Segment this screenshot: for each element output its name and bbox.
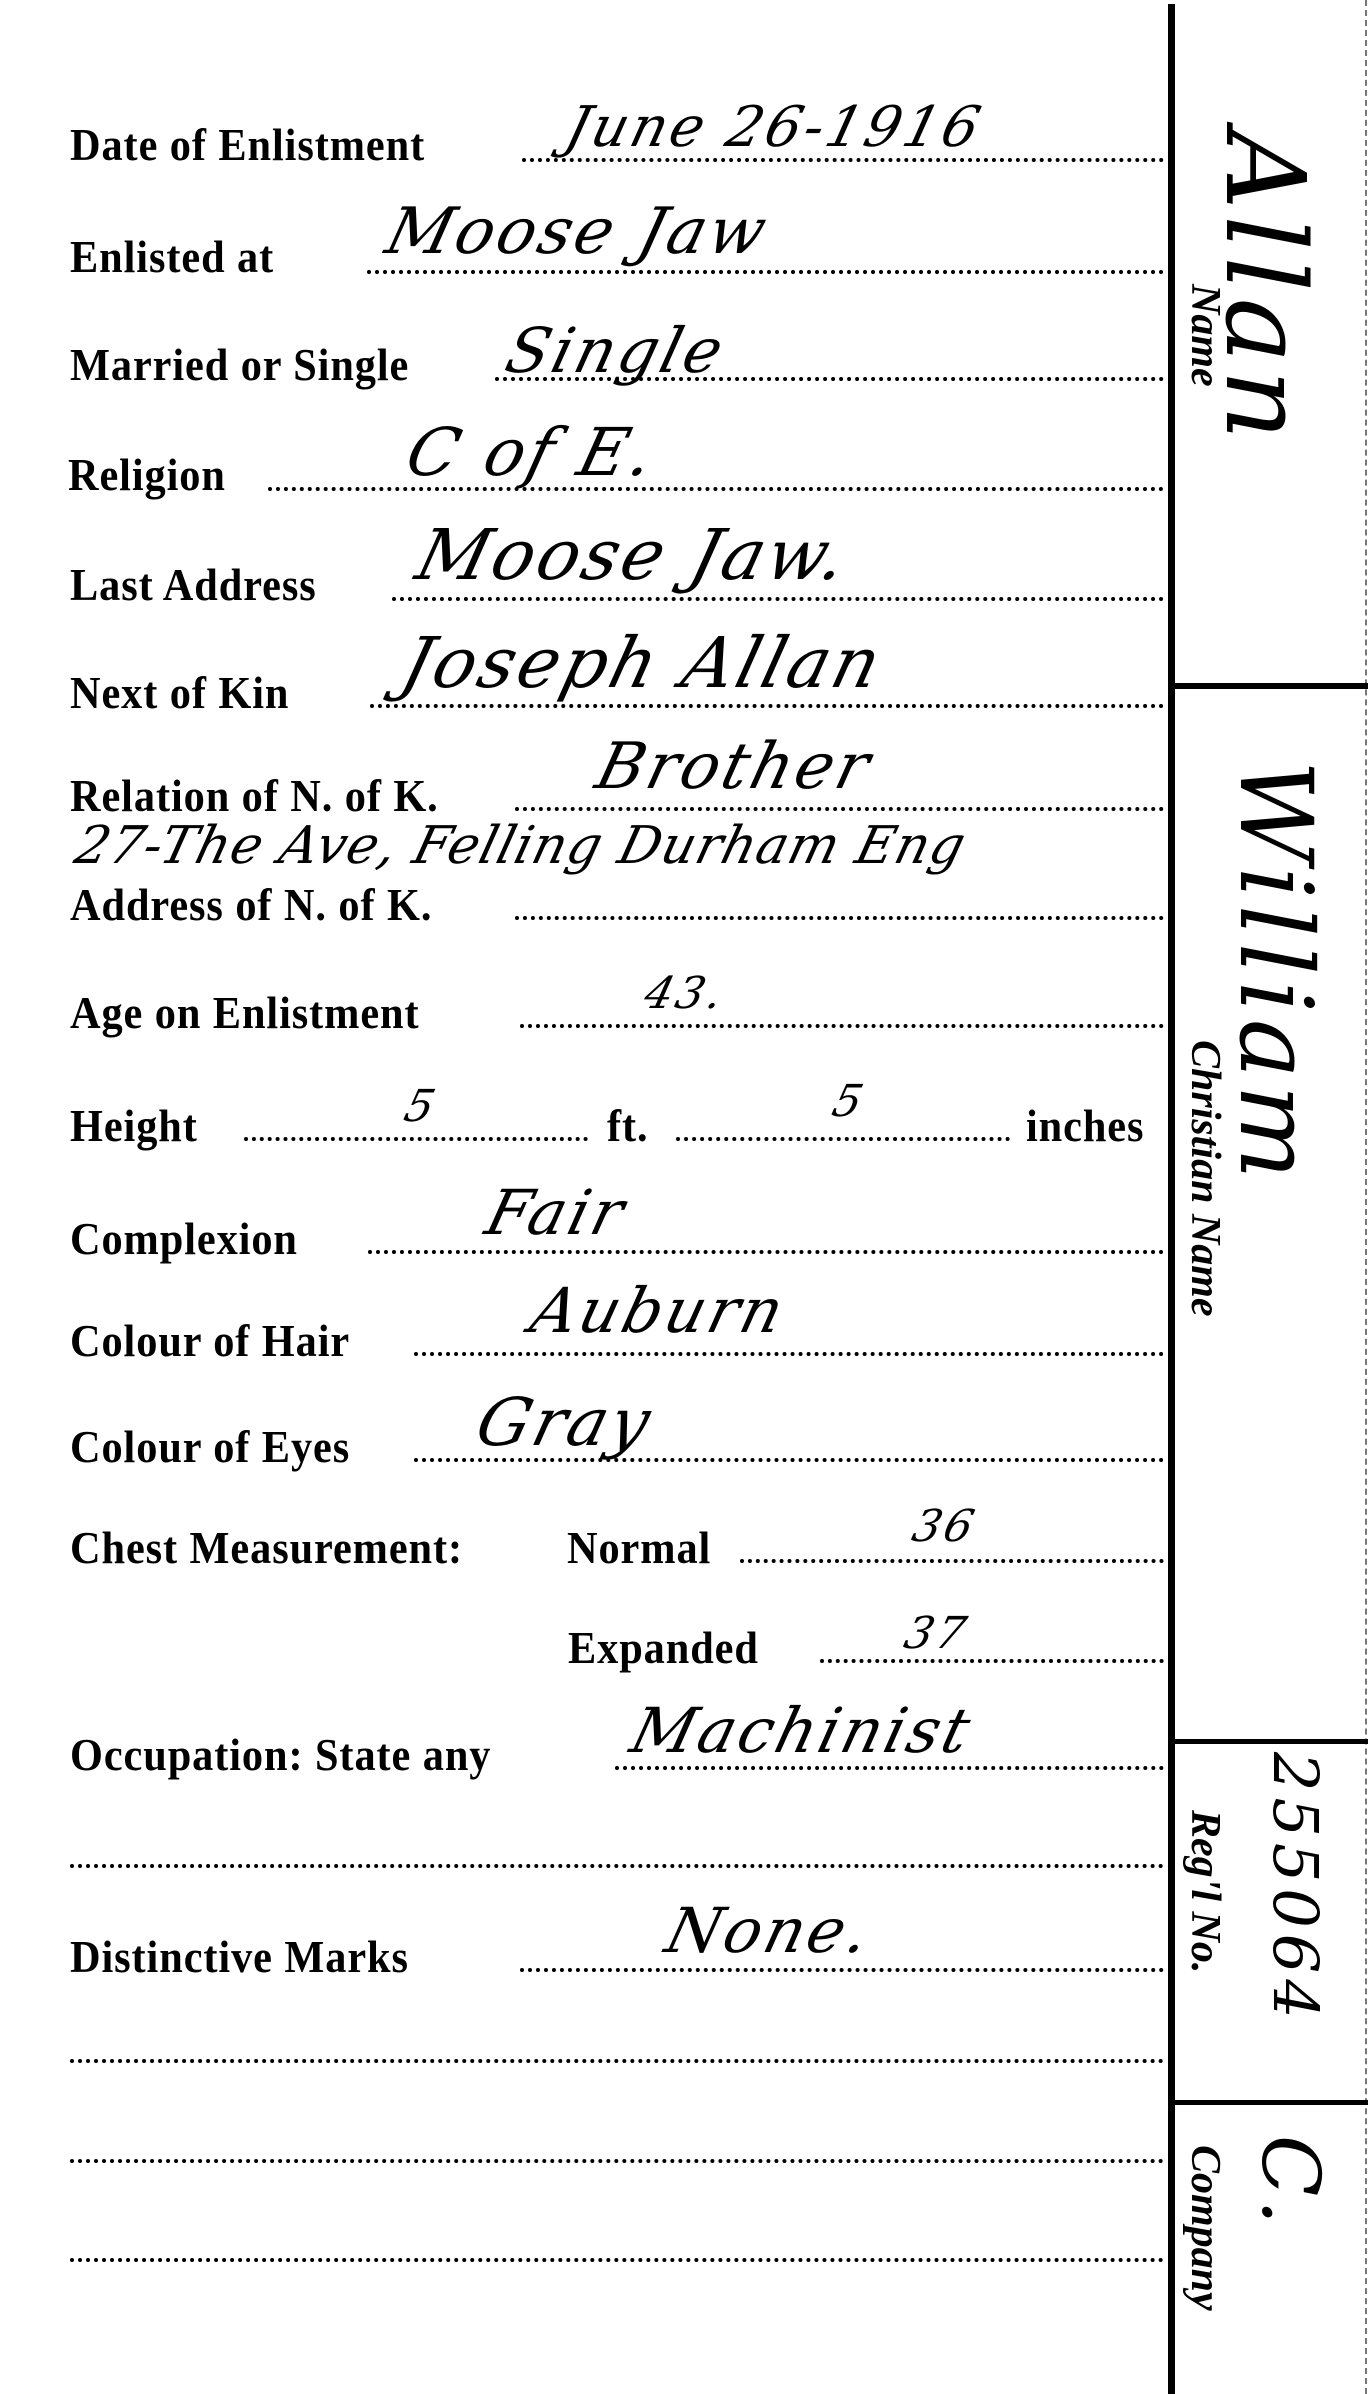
sidebar-regl-no-label: Reg'l No. — [1184, 1810, 1226, 1973]
complexion-value: Fair — [480, 1182, 633, 1244]
age-on-enlistment-line — [520, 1024, 1164, 1028]
relation-of-nok-label: Relation of N. of K. — [70, 773, 439, 819]
age-on-enlistment-label: Age on Enlistment — [70, 990, 420, 1036]
sidebar-divider-name — [1172, 683, 1368, 689]
distinctive-marks-label: Distinctive Marks — [70, 1934, 409, 1980]
sidebar-name-value: Allan — [1210, 130, 1320, 446]
sidebar-company-label: Company — [1184, 2145, 1226, 2311]
height-feet-line — [244, 1137, 588, 1141]
chest-normal-line — [740, 1559, 1164, 1563]
next-of-kin-label: Next of Kin — [70, 670, 289, 716]
occupation-value: Machinist — [625, 1700, 979, 1762]
occupation-line-2 — [70, 1864, 1164, 1868]
complexion-line — [368, 1250, 1164, 1254]
chest-measurement-label: Chest Measurement: — [70, 1525, 463, 1571]
relation-of-nok-line — [515, 807, 1164, 811]
height-inches-line — [676, 1137, 1010, 1141]
last-address-value: Moose Jaw. — [410, 520, 857, 590]
address-of-nok-line — [515, 916, 1164, 920]
relation-of-nok-value: Brother — [590, 735, 879, 799]
chest-expanded-value: 37 — [900, 1612, 973, 1656]
chest-expanded-label: Expanded — [568, 1625, 759, 1671]
attestation-card: Date of Enlistment June 26-1916 Enlisted… — [0, 0, 1368, 2394]
colour-of-hair-label: Colour of Hair — [70, 1318, 350, 1364]
sidebar-company-value: C. — [1250, 2135, 1330, 2231]
card-right-edge — [1365, 0, 1367, 2394]
distinctive-marks-line-4 — [70, 2258, 1164, 2262]
last-address-line — [392, 597, 1164, 601]
occupation-label: Occupation: State any — [70, 1732, 491, 1778]
sidebar-divider-christian-name — [1172, 1739, 1368, 1744]
height-feet-value: 5 — [400, 1085, 442, 1129]
enlisted-at-line — [367, 270, 1164, 274]
sidebar-regl-no-value: 255064 — [1264, 1752, 1326, 2025]
next-of-kin-value: Joseph Allan — [395, 628, 890, 698]
colour-of-hair-line — [414, 1352, 1164, 1356]
enlisted-at-value: Moose Jaw — [380, 200, 775, 264]
colour-of-hair-value: Auburn — [525, 1280, 792, 1342]
enlisted-at-label: Enlisted at — [70, 234, 274, 280]
address-of-nok-label: Address of N. of K. — [70, 882, 432, 928]
height-inches-unit: inches — [1026, 1103, 1144, 1149]
sidebar-divider-regl-no — [1172, 2100, 1368, 2105]
next-of-kin-line — [370, 704, 1164, 708]
sidebar-christian-name-value: William — [1225, 760, 1325, 1185]
height-inches-value: 5 — [828, 1080, 870, 1124]
date-of-enlistment-label: Date of Enlistment — [70, 122, 425, 168]
height-label: Height — [70, 1103, 198, 1149]
height-feet-unit: ft. — [607, 1103, 649, 1149]
sidebar-divider-vertical — [1168, 4, 1175, 2394]
colour-of-eyes-value: Gray — [470, 1390, 659, 1456]
colour-of-eyes-label: Colour of Eyes — [70, 1424, 350, 1470]
religion-value: C of E. — [400, 420, 663, 486]
distinctive-marks-line-2 — [70, 2059, 1164, 2063]
married-or-single-label: Married or Single — [70, 342, 409, 388]
distinctive-marks-value: None. — [660, 1900, 878, 1962]
age-on-enlistment-value: 43. — [640, 972, 730, 1016]
address-of-nok-value: 27-The Ave, Felling Durham Eng — [70, 820, 971, 872]
distinctive-marks-line-3 — [70, 2159, 1164, 2163]
distinctive-marks-line — [520, 1968, 1164, 1972]
chest-normal-label: Normal — [567, 1525, 711, 1571]
chest-normal-value: 36 — [908, 1505, 981, 1549]
date-of-enlistment-value: June 26-1916 — [560, 100, 988, 156]
religion-label: Religion — [68, 452, 226, 498]
chest-expanded-line — [820, 1659, 1164, 1663]
married-or-single-value: Single — [500, 320, 732, 382]
complexion-label: Complexion — [70, 1216, 298, 1262]
last-address-label: Last Address — [70, 562, 317, 608]
